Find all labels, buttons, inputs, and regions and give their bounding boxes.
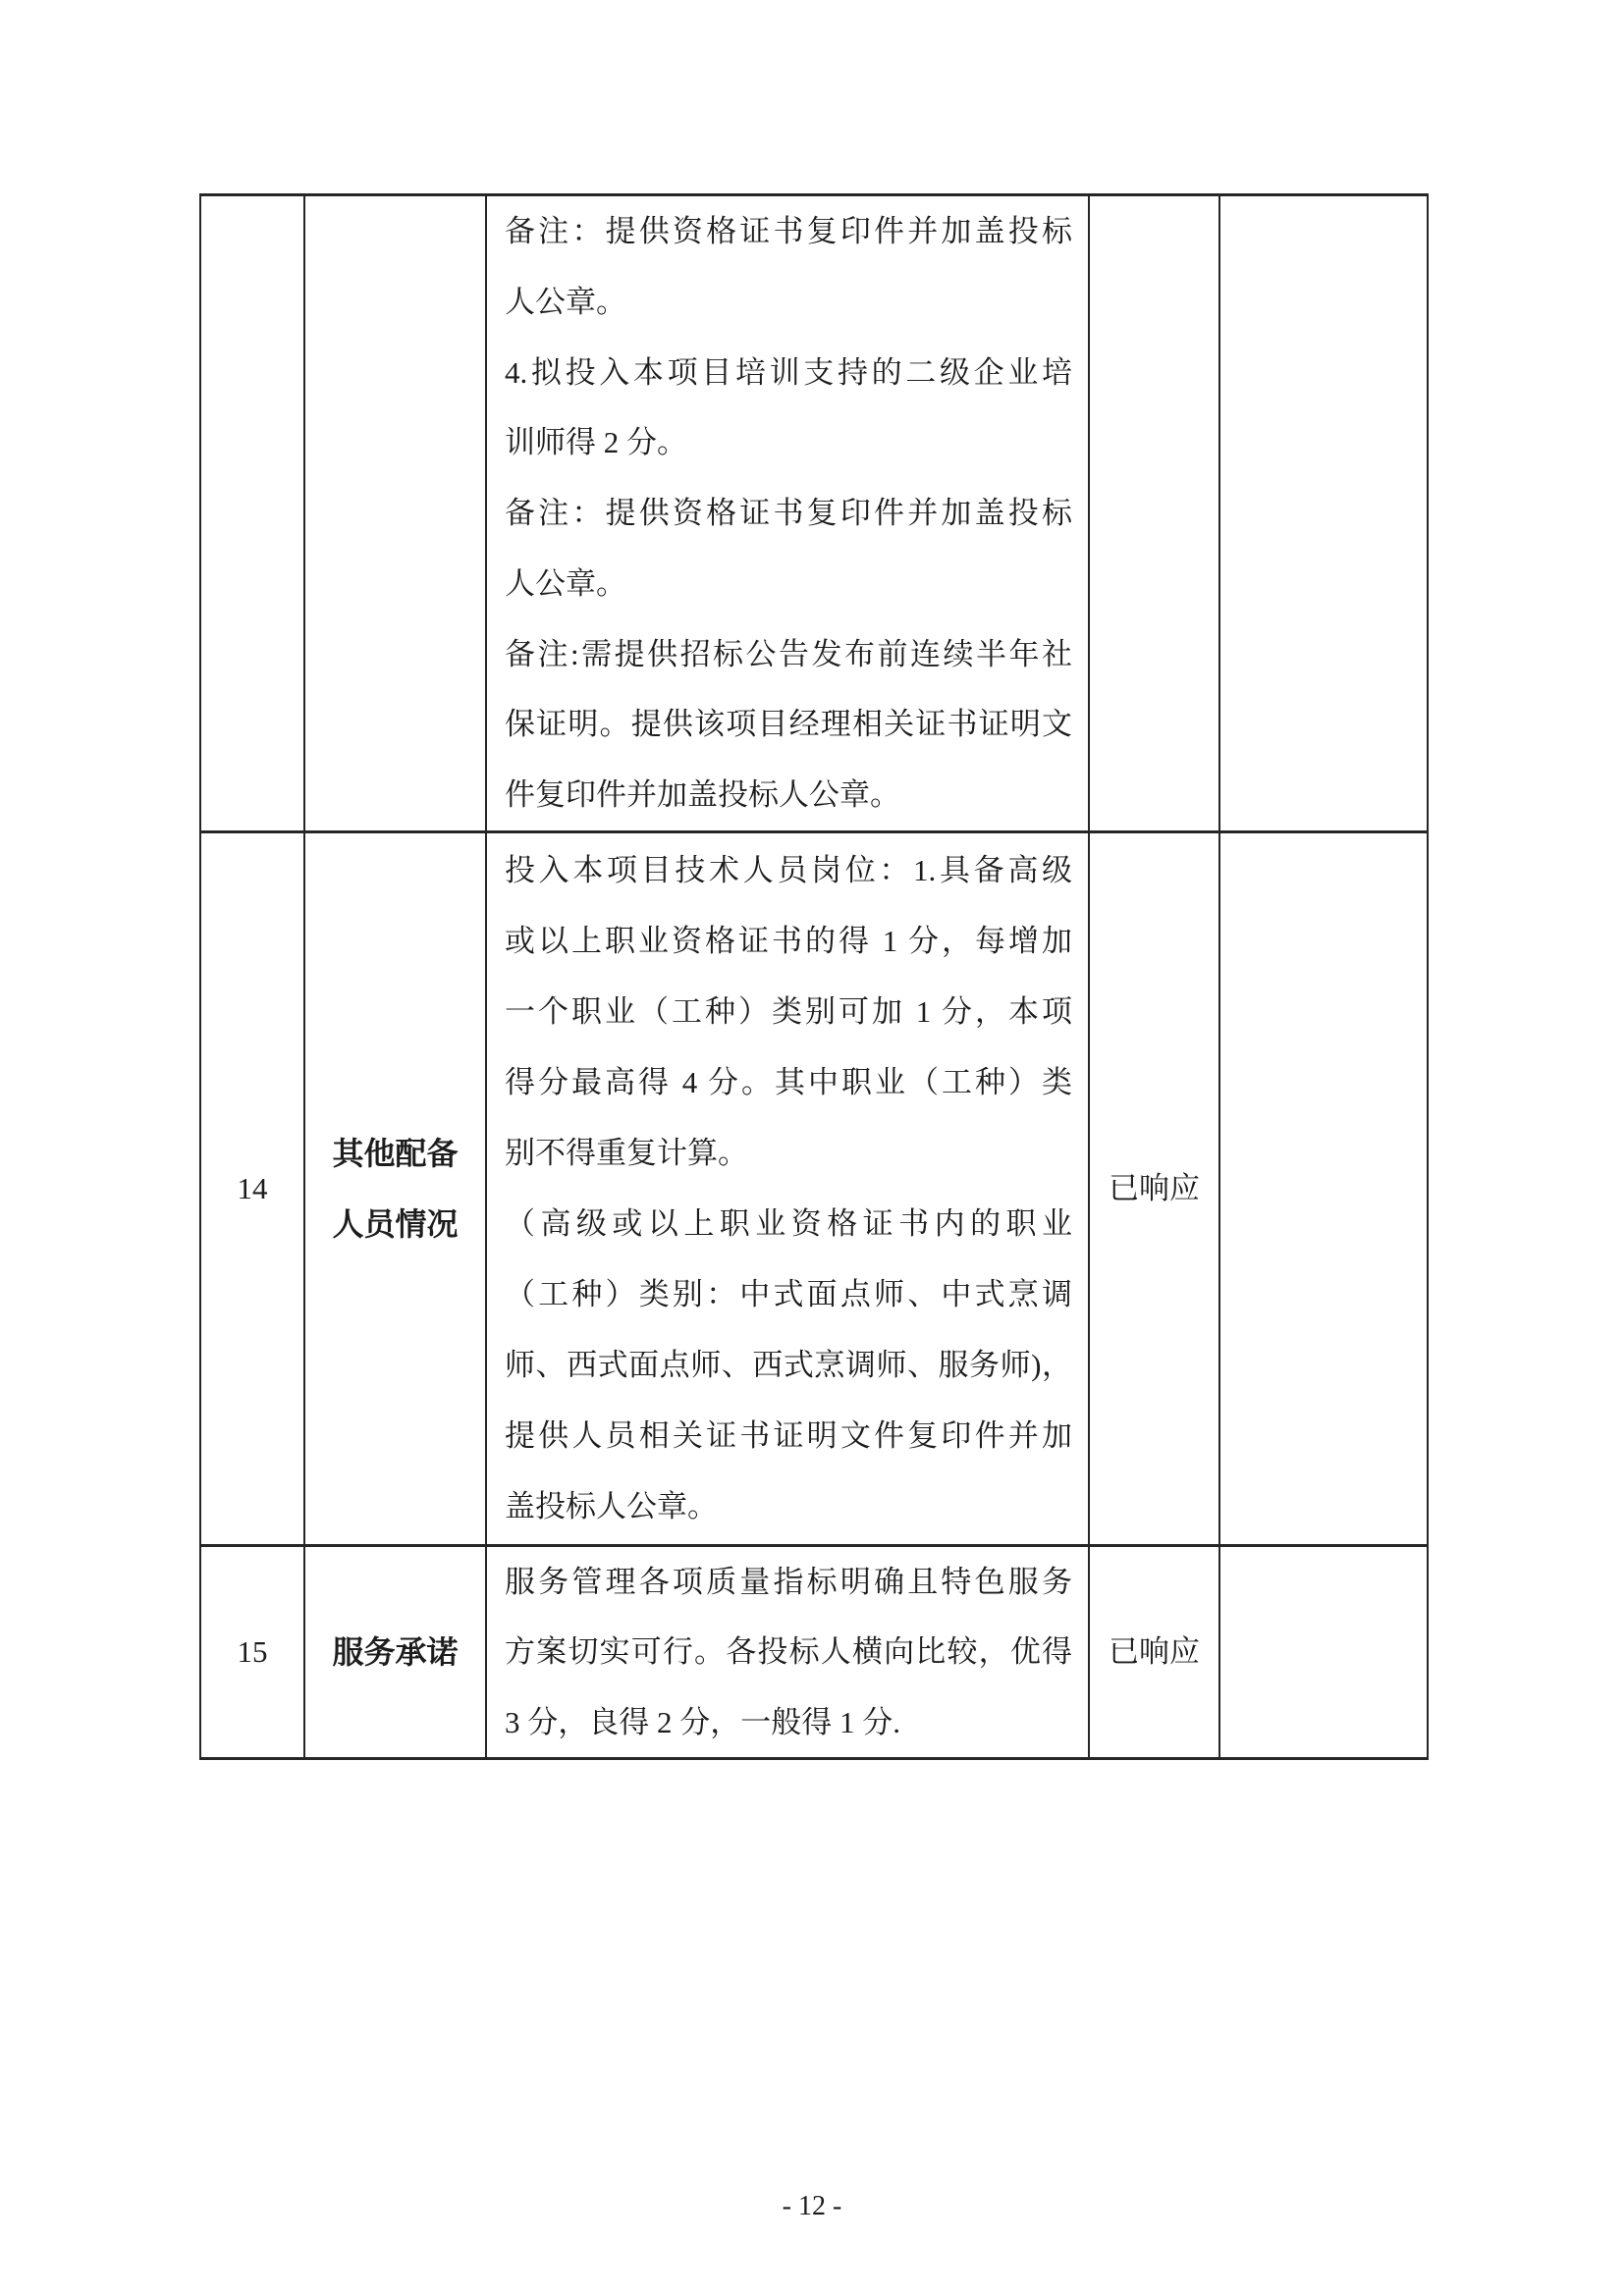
notes-cell — [1220, 196, 1429, 833]
row-number-cell: 14 — [201, 833, 305, 1547]
notes-cell — [1220, 833, 1429, 1547]
category-cell — [305, 196, 487, 833]
criteria-cell: 投入本项目技术人员岗位：1.具备高级 或以上职业资格证书的得 1 分，每增加 一… — [487, 833, 1090, 1547]
response-status: 已响应 — [1109, 1153, 1200, 1224]
criteria-line: 备注:需提供招标公告发布前连续半年社 — [505, 619, 1072, 690]
criteria-line: 保证明。提供该项目经理相关证书证明文 — [505, 689, 1072, 760]
category-line: 服务承诺 — [332, 1617, 458, 1687]
criteria-line: 人公章。 — [505, 267, 1072, 338]
category-cell: 其他配备 人员情况 — [305, 833, 487, 1547]
page-number: - 12 - — [0, 2189, 1624, 2224]
criteria-line: 提供人员相关证书证明文件复印件并加 — [505, 1401, 1072, 1471]
row-number: 15 — [238, 1617, 268, 1687]
criteria-line: 投入本项目技术人员岗位：1.具备高级 — [505, 835, 1072, 906]
document-page: 备注：提供资格证书复印件并加盖投标 人公章。 4.拟投入本项目培训支持的二级企业… — [0, 0, 1624, 2296]
criteria-cell: 服务管理各项质量指标明确且特色服务 方案切实可行。各投标人横向比较，优得 3 分… — [487, 1547, 1090, 1760]
evaluation-table: 备注：提供资格证书复印件并加盖投标 人公章。 4.拟投入本项目培训支持的二级企业… — [199, 193, 1429, 1760]
criteria-line: 或以上职业资格证书的得 1 分，每增加 — [505, 906, 1072, 977]
row-number: 14 — [238, 1153, 268, 1224]
criteria-line: 备注：提供资格证书复印件并加盖投标 — [505, 196, 1072, 267]
criteria-line: （高级或以上职业资格证书内的职业 — [505, 1189, 1072, 1259]
response-status: 已响应 — [1109, 1617, 1200, 1687]
criteria-cell: 备注：提供资格证书复印件并加盖投标 人公章。 4.拟投入本项目培训支持的二级企业… — [487, 196, 1090, 833]
criteria-line: 人公章。 — [505, 549, 1072, 619]
category-line: 其他配备 — [332, 1118, 458, 1189]
response-cell: 已响应 — [1090, 833, 1220, 1547]
notes-cell — [1220, 1547, 1429, 1760]
criteria-line: 训师得 2 分。 — [505, 407, 1072, 478]
criteria-line: 4.拟投入本项目培训支持的二级企业培 — [505, 338, 1072, 408]
row-number-cell: 15 — [201, 1547, 305, 1760]
category-line: 人员情况 — [332, 1189, 458, 1259]
criteria-line: 3 分，良得 2 分，一般得 1 分. — [505, 1687, 1072, 1757]
criteria-line: 一个职业（工种）类别可加 1 分，本项 — [505, 977, 1072, 1047]
criteria-line: 得分最高得 4 分。其中职业（工种）类 — [505, 1047, 1072, 1118]
response-cell — [1090, 196, 1220, 833]
criteria-line: 备注：提供资格证书复印件并加盖投标 — [505, 478, 1072, 549]
criteria-line: 服务管理各项质量指标明确且特色服务 — [505, 1547, 1072, 1617]
response-cell: 已响应 — [1090, 1547, 1220, 1760]
criteria-line: 别不得重复计算。 — [505, 1118, 1072, 1189]
criteria-line: 件复印件并加盖投标人公章。 — [505, 760, 1072, 830]
category-cell: 服务承诺 — [305, 1547, 487, 1760]
criteria-line: 方案切实可行。各投标人横向比较，优得 — [505, 1617, 1072, 1686]
criteria-line: 师、西式面点师、西式烹调师、服务师)， — [505, 1330, 1072, 1401]
row-number-cell — [201, 196, 305, 833]
criteria-line: 盖投标人公章。 — [505, 1471, 1072, 1542]
criteria-line: （工种）类别：中式面点师、中式烹调 — [505, 1259, 1072, 1330]
